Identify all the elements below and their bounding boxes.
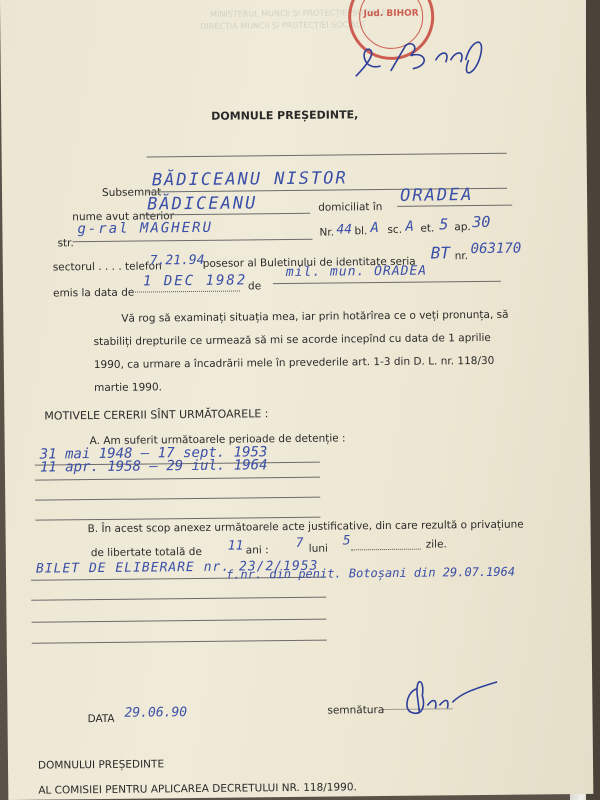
detention-line-3	[35, 497, 320, 501]
ap-label: ap.	[454, 221, 471, 233]
official-signature	[350, 20, 491, 91]
subsemnat-field[interactable]: BĂDICEANU NISTOR	[152, 168, 348, 190]
domiciliat-field[interactable]: ORADEA	[400, 185, 474, 206]
nr-label: Nr.	[319, 227, 334, 239]
emis-field[interactable]: 1 DEC 1982	[143, 272, 247, 289]
semnatura-label: semnătura	[327, 704, 384, 717]
date-field[interactable]: 29.06.90	[124, 705, 187, 721]
addressee-line-2: AL COMISIEI PENTRU APLICAREA DECRETULUI …	[38, 781, 357, 796]
document-line-4	[32, 640, 327, 644]
addressee-line-1: DOMNULUI PREȘEDINTE	[38, 758, 164, 771]
ani-label: ani :	[246, 544, 269, 556]
luni-label: luni	[309, 543, 328, 555]
sc-field[interactable]: A	[405, 219, 416, 235]
luni-field[interactable]: 7	[296, 536, 306, 551]
detention-period-2[interactable]: 11 apr. 1958 – 29 iul. 1964	[40, 457, 268, 475]
bl-label: bl.	[354, 225, 367, 237]
buletin-nr-field[interactable]: 063170	[471, 241, 522, 258]
zile-dotline	[351, 549, 421, 551]
section-b-label: B. În acest scop anexez următoarele acte…	[87, 519, 523, 536]
str-field[interactable]: g-ral MAGHERU	[77, 220, 213, 237]
zile-field[interactable]: 5	[343, 533, 353, 548]
emis-line	[135, 291, 240, 293]
de-label: de	[248, 280, 261, 292]
stamp-text: Jud. BIHOR	[351, 8, 431, 19]
document-line-2	[31, 597, 326, 601]
document-entry-2[interactable]: f.nr. din penit. Botoșani din 29.07.1964	[226, 565, 515, 582]
zile-label: zile.	[426, 538, 447, 550]
applicant-signature[interactable]	[387, 670, 508, 721]
bleed-through-text: DIRECȚIA MUNCII ȘI PROTECȚIEI SOCIALE	[200, 20, 365, 31]
body-line-2: stabiliți drepturile ce urmează să mi se…	[94, 332, 491, 348]
de-line	[273, 281, 501, 284]
data-label: DATA	[87, 713, 114, 725]
nume-anterior-field[interactable]: BĂDICEANU	[147, 193, 257, 214]
et-field[interactable]: 5	[439, 215, 450, 233]
total-prefix: de libertate totală de	[91, 546, 202, 559]
detention-line-2	[35, 477, 320, 481]
nr2-label: nr.	[455, 250, 468, 262]
sc-label: sc.	[387, 224, 402, 236]
seria-field[interactable]: BT	[431, 243, 450, 262]
telefon-field[interactable]: 7.21.94	[150, 253, 205, 269]
body-line-4: martie 1990.	[94, 381, 162, 394]
petition-form: MINISTERUL MUNCII ȘI PROTECȚIEI SOCIALE …	[0, 0, 593, 800]
de-field[interactable]: mil. mun. ORADEA	[286, 264, 427, 280]
str-label: str.	[57, 237, 73, 249]
domiciliat-label: domiciliat în	[318, 201, 382, 214]
sectorul-telefon-label: sectorul . . . . telefon	[53, 260, 162, 273]
motive-heading: MOTIVELE CERERII SÎNT URMĂTOARELE :	[44, 407, 268, 422]
ani-field[interactable]: 11	[228, 538, 244, 553]
et-label: et.	[420, 222, 434, 234]
str-line	[73, 239, 313, 243]
ap-field[interactable]: 30	[472, 213, 490, 231]
body-line-3: 1990, ca urmare a încadrării mele în pre…	[94, 355, 495, 371]
body-line-1: Vă rog să examinați situația mea, iar pr…	[121, 309, 508, 325]
bl-field[interactable]: A	[370, 220, 381, 236]
top-rule	[147, 153, 507, 158]
document-line-3	[32, 619, 327, 623]
emis-label: emis la data de	[53, 287, 134, 300]
nr-field[interactable]: 44	[336, 222, 352, 237]
page-title: DOMNULE PREȘEDINTE,	[211, 108, 358, 123]
detention-line-4	[35, 517, 320, 521]
